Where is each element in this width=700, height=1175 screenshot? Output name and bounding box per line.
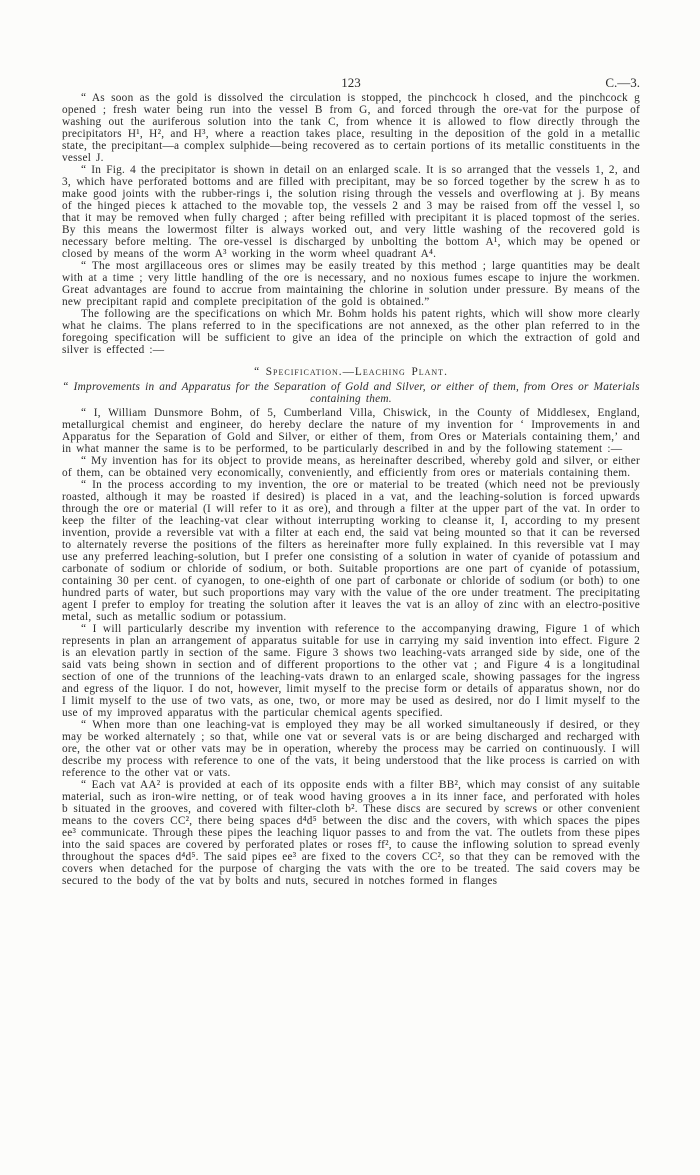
paragraph-invention-object: “ My invention has for its object to pro… [62,455,640,479]
paragraph-argillaceous-ores: “ The most argillaceous ores or slimes m… [62,260,640,308]
specification-heading: “ Specification.—Leaching Plant. [62,366,640,378]
document-page: 123 C.—3. “ As soon as the gold is disso… [0,0,700,1175]
paragraph-multiple-vats: “ When more than one leaching-vat is emp… [62,719,640,779]
specification-title: “ Improvements in and Apparatus for the … [62,381,640,405]
paragraph-each-vat-filters: “ Each vat AA² is provided at each of it… [62,779,640,887]
paragraph-declaration: “ I, William Dunsmore Bohm, of 5, Cumber… [62,407,640,455]
paragraph-drawings-reference: “ I will particularly describe my invent… [62,623,640,719]
paper-code: C.—3. [605,76,640,90]
page-number: 123 [341,75,361,90]
paragraph-fig4-precipitator: “ In Fig. 4 the precipitator is shown in… [62,164,640,260]
paragraph-process-description: “ In the process according to my inventi… [62,479,640,623]
running-head: 123 C.—3. [62,76,640,92]
paragraph-gold-dissolved: “ As soon as the gold is dissolved the c… [62,92,640,164]
paragraph-following-specifications: The following are the specifications on … [62,308,640,356]
document-body: “ As soon as the gold is dissolved the c… [62,92,640,887]
